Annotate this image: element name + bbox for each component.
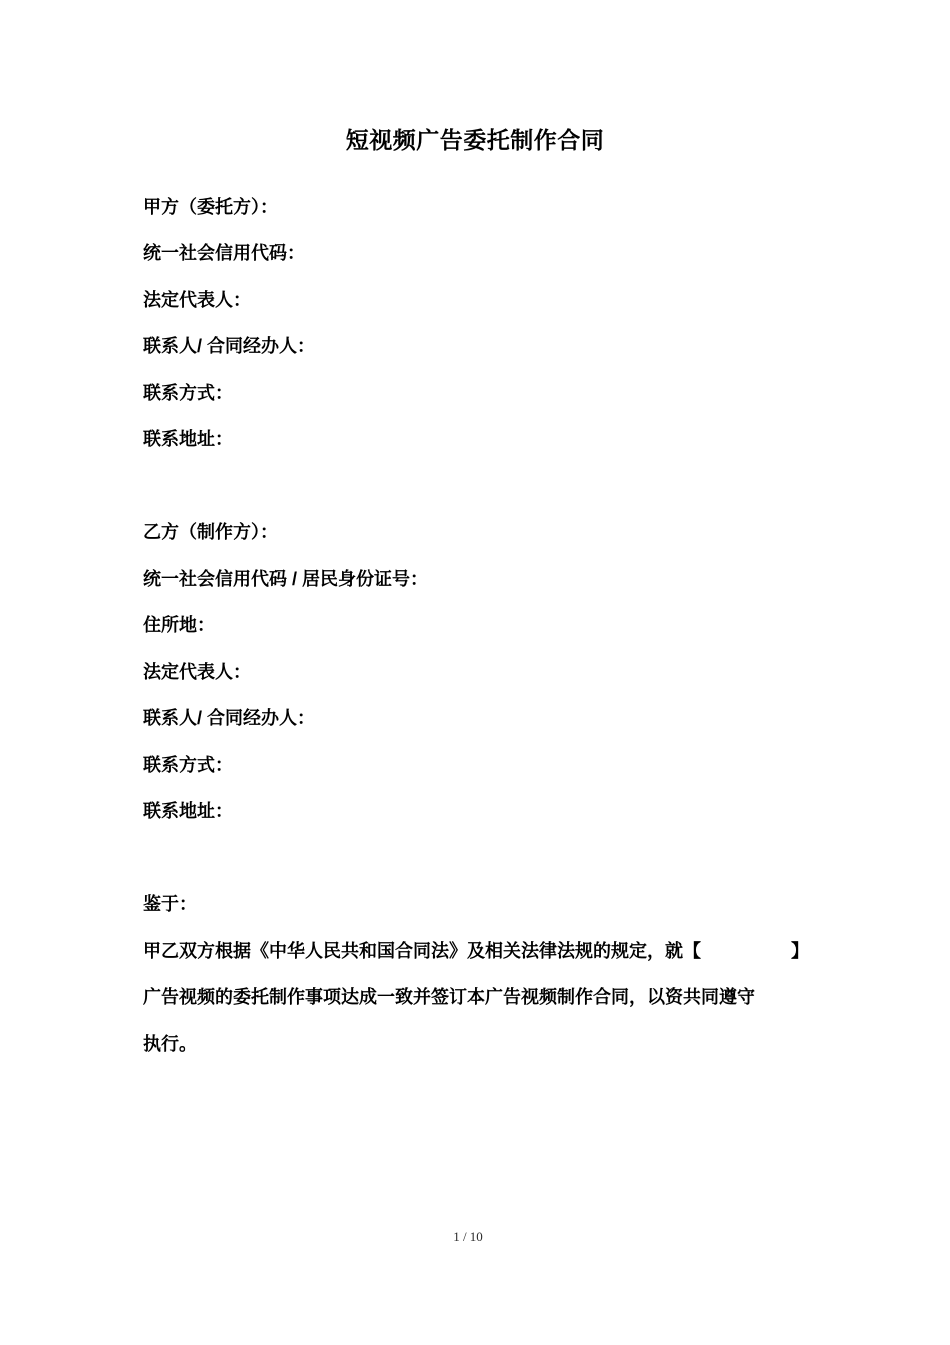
party-b-legal-rep: 法定代表人：: [143, 649, 807, 696]
party-a-contact-address: 联系地址：: [143, 416, 807, 463]
party-b-section: 乙方（制作方）： 统一社会信用代码 / 居民身份证号： 住所地： 法定代表人： …: [143, 509, 807, 835]
party-b-credit-code-id: 统一社会信用代码 / 居民身份证号：: [143, 556, 807, 603]
party-a-contact-method: 联系方式：: [143, 370, 807, 417]
party-b-contact-address: 联系地址：: [143, 788, 807, 835]
whereas-section: 鉴于： 甲乙双方根据《中华人民共和国合同法》及相关法律法规的规定，就【 】 广告…: [143, 881, 807, 1067]
party-a-credit-code: 统一社会信用代码：: [143, 230, 807, 277]
contract-document-page: 短视频广告委托制作合同 甲方（委托方）： 统一社会信用代码： 法定代表人： 联系…: [0, 0, 950, 1345]
whereas-clause-line1: 甲乙双方根据《中华人民共和国合同法》及相关法律法规的规定，就【 】: [143, 928, 807, 975]
page-number: 1 / 10: [0, 1228, 936, 1246]
whereas-clause-line3: 执行。: [143, 1021, 807, 1068]
whereas-clause-line2: 广告视频的委托制作事项达成一致并签订本广告视频制作合同，以资共同遵守: [143, 974, 807, 1021]
party-a-section: 甲方（委托方）： 统一社会信用代码： 法定代表人： 联系人/ 合同经办人： 联系…: [143, 184, 807, 463]
party-a-legal-rep: 法定代表人：: [143, 277, 807, 324]
party-b-contact-person: 联系人/ 合同经办人：: [143, 695, 807, 742]
party-b-heading: 乙方（制作方）：: [143, 509, 807, 556]
party-a-heading: 甲方（委托方）：: [143, 184, 807, 231]
whereas-heading: 鉴于：: [143, 881, 807, 928]
document-title: 短视频广告委托制作合同: [0, 0, 950, 164]
party-b-residence: 住所地：: [143, 602, 807, 649]
party-b-contact-method: 联系方式：: [143, 742, 807, 789]
party-a-contact-person: 联系人/ 合同经办人：: [143, 323, 807, 370]
